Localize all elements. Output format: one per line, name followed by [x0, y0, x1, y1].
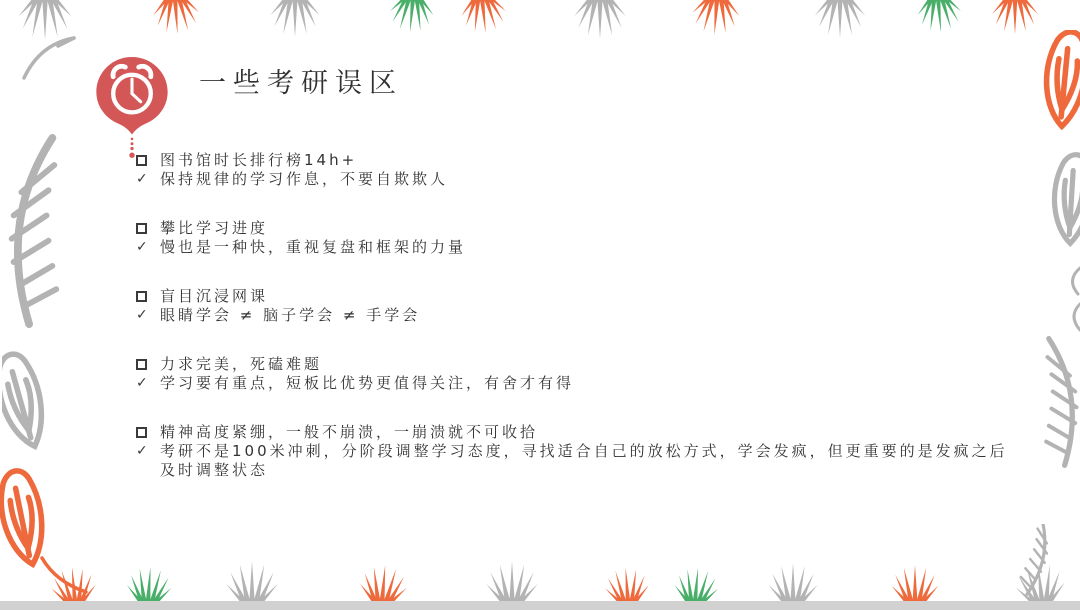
myth-text: 精神高度紧绷，一般不崩溃，一崩溃就不可收拾 — [160, 423, 538, 442]
myth-row: 图书馆时长排行榜14h+ — [136, 151, 1046, 170]
truth-row: ✓ 考研不是100米冲刺，分阶段调整学习态度，寻找适合自己的放松方式，学会发疯，… — [136, 442, 1046, 480]
left-gray-leaf-decoration — [2, 350, 86, 450]
right-gray-leaf-decoration — [1046, 146, 1080, 254]
truth-text: 慢也是一种快，重视复盘和框架的力量 — [160, 238, 466, 257]
right-small-strokes-decoration — [1056, 266, 1080, 334]
myth-text: 攀比学习进度 — [160, 219, 268, 238]
myth-row: 攀比学习进度 — [136, 219, 1046, 238]
bottom-border-leaf-decoration — [0, 559, 1080, 601]
square-bullet-icon — [136, 287, 160, 306]
list-section: 精神高度紧绷，一般不崩溃，一崩溃就不可收拾 ✓ 考研不是100米冲刺，分阶段调整… — [136, 423, 1046, 480]
check-icon: ✓ — [136, 238, 160, 257]
list-section: 盲目沉浸网课 ✓ 眼睛学会 ≠ 脑子学会 ≠ 手学会 — [136, 287, 1046, 325]
square-bullet-icon — [136, 219, 160, 238]
square-bullet-icon — [136, 151, 160, 170]
check-icon: ✓ — [136, 442, 160, 461]
misconception-list: 图书馆时长排行榜14h+ ✓ 保持规律的学习作息，不要自欺欺人 攀比学习进度 ✓… — [136, 151, 1046, 510]
myth-text: 力求完美，死磕难题 — [160, 355, 322, 374]
check-icon: ✓ — [136, 374, 160, 393]
check-icon: ✓ — [136, 170, 160, 189]
left-bottom-branch-decoration — [38, 556, 90, 596]
slide-title: 一些考研误区 — [199, 68, 403, 100]
list-section: 力求完美，死磕难题 ✓ 学习要有重点，短板比优势更值得关注，有舍才有得 — [136, 355, 1046, 393]
truth-text: 学习要有重点，短板比优势更值得关注，有舍才有得 — [160, 374, 574, 393]
top-border-leaf-decoration — [0, 0, 1080, 46]
check-icon: ✓ — [136, 306, 160, 325]
left-feather-decoration — [0, 134, 76, 328]
truth-row: ✓ 眼睛学会 ≠ 脑子学会 ≠ 手学会 — [136, 306, 1046, 325]
right-orange-leaf-decoration — [1030, 30, 1080, 130]
truth-text: 考研不是100米冲刺，分阶段调整学习态度，寻找适合自己的放松方式，学会发疯，但更… — [160, 442, 1018, 480]
left-orange-leaf-decoration — [0, 468, 84, 568]
myth-text: 图书馆时长排行榜14h+ — [160, 151, 357, 170]
slide: 一些考研误区 图书馆时长排行榜14h+ ✓ 保持规律的学习作息，不要自欺欺人 攀… — [0, 0, 1080, 610]
list-section: 攀比学习进度 ✓ 慢也是一种快，重视复盘和框架的力量 — [136, 219, 1046, 257]
truth-row: ✓ 学习要有重点，短板比优势更值得关注，有舍才有得 — [136, 374, 1046, 393]
square-bullet-icon — [136, 355, 160, 374]
myth-row: 力求完美，死磕难题 — [136, 355, 1046, 374]
alarm-clock-pin-icon — [95, 56, 169, 162]
list-section: 图书馆时长排行榜14h+ ✓ 保持规律的学习作息，不要自欺欺人 — [136, 151, 1046, 189]
myth-row: 盲目沉浸网课 — [136, 287, 1046, 306]
left-corner-branch-decoration — [20, 34, 90, 80]
square-bullet-icon — [136, 423, 160, 442]
bottom-edge-bar — [0, 601, 1080, 610]
truth-text: 保持规律的学习作息，不要自欺欺人 — [160, 170, 448, 189]
truth-text: 眼睛学会 ≠ 脑子学会 ≠ 手学会 — [160, 306, 420, 325]
truth-row: ✓ 保持规律的学习作息，不要自欺欺人 — [136, 170, 1046, 189]
truth-row: ✓ 慢也是一种快，重视复盘和框架的力量 — [136, 238, 1046, 257]
right-corner-feather-decoration — [1014, 524, 1080, 604]
myth-row: 精神高度紧绷，一般不崩溃，一崩溃就不可收拾 — [136, 423, 1046, 442]
myth-text: 盲目沉浸网课 — [160, 287, 268, 306]
